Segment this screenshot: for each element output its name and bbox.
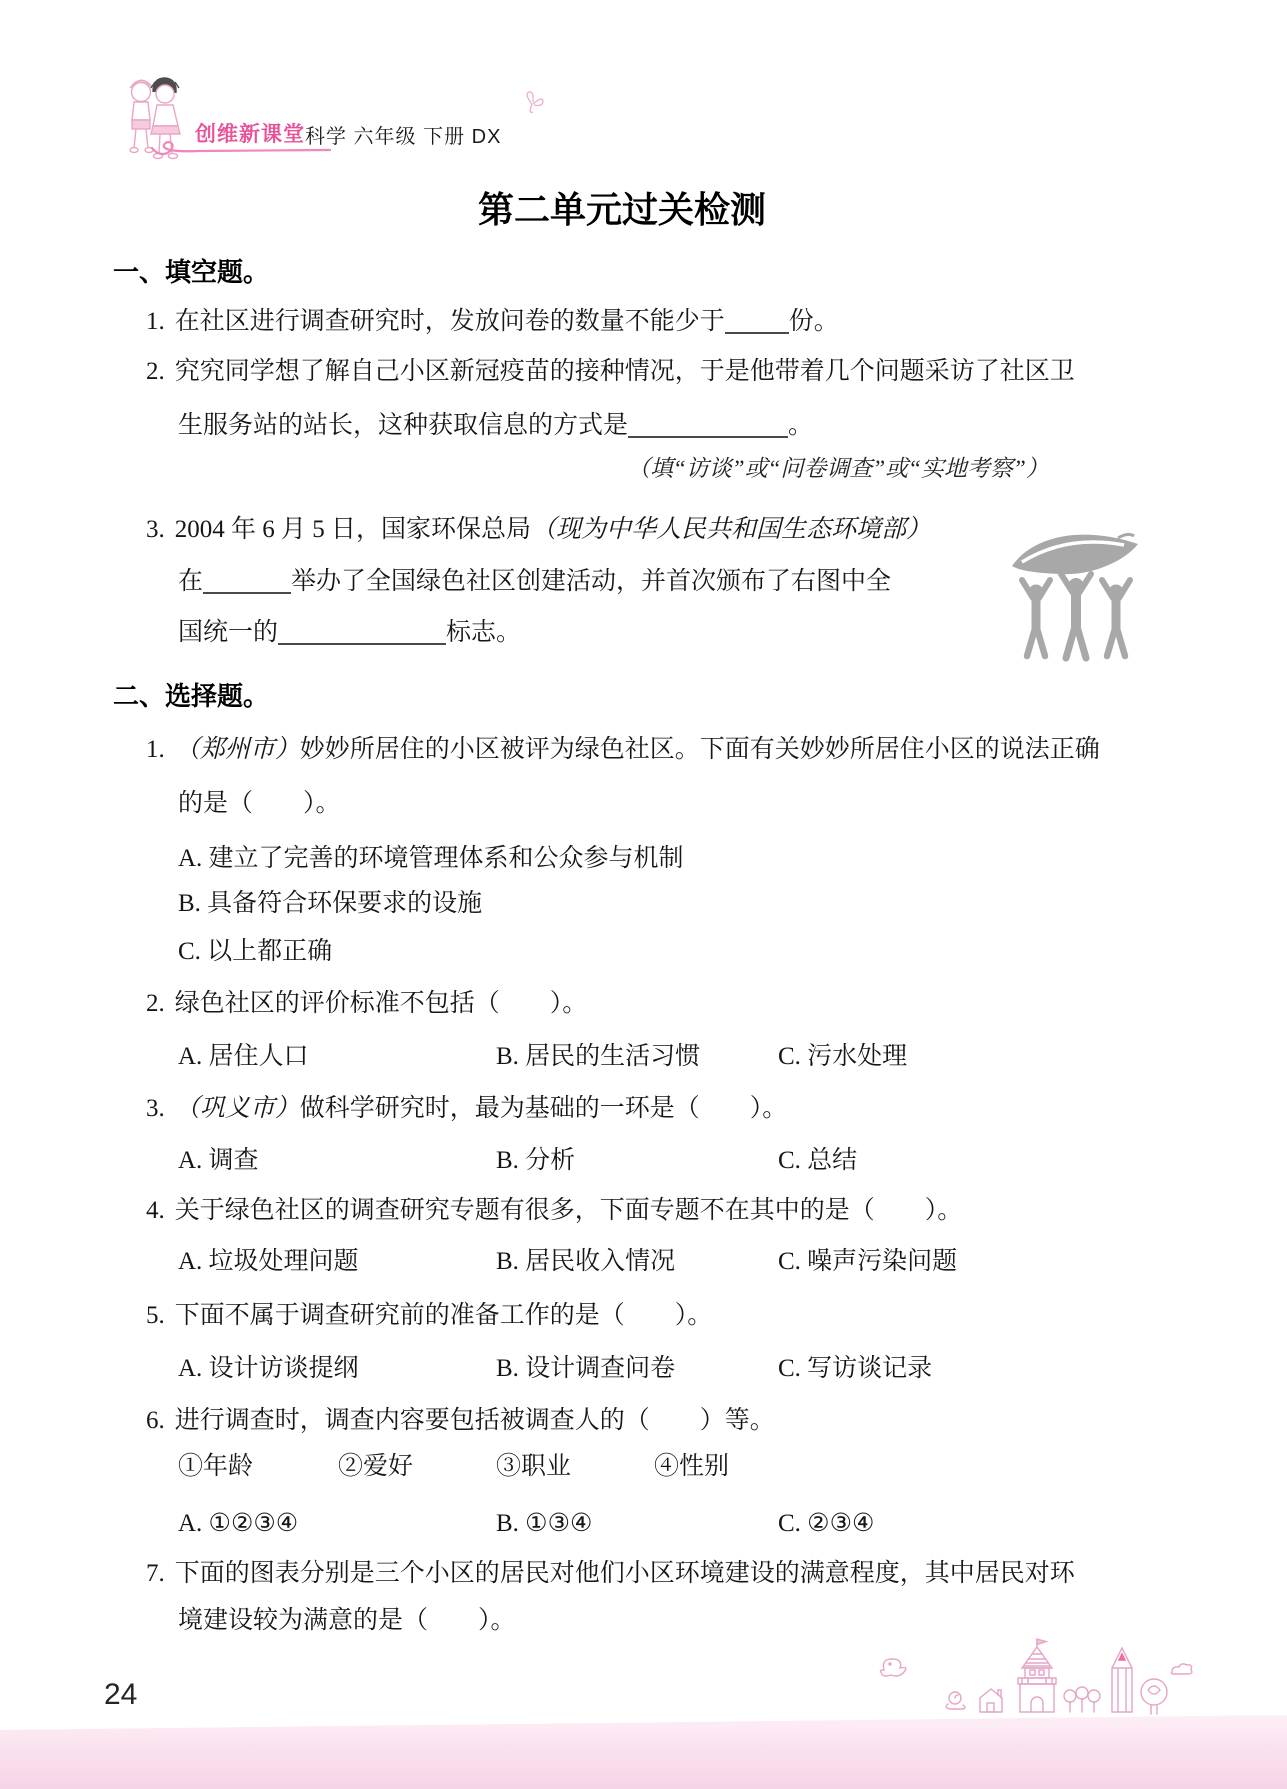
fillin-q3-line3: 国统一的标志。 (178, 617, 521, 648)
section2-heading: 二、选择题。 (113, 680, 269, 713)
question-number: 1. (146, 306, 165, 337)
option-c: C. ②③④ (778, 1508, 874, 1539)
option-b: B. 居民的生活习惯 (496, 1041, 700, 1072)
item-2: ②爱好 (338, 1451, 413, 1482)
question-text: 国统一的 (178, 619, 278, 646)
logo-leaf (1012, 534, 1138, 574)
question-text: 生服务站的站长，这种获取信息的方式是 (178, 412, 628, 439)
question-number: 6. (146, 1405, 165, 1436)
question-text: 在 (178, 568, 203, 595)
choice-q2: 2.绿色社区的评价标准不包括（ ）。 (146, 988, 587, 1019)
question-text: 绿色社区的评价标准不包括（ ）。 (175, 990, 588, 1017)
footer-pink-band (0, 1711, 1287, 1789)
section1-heading: 一、填空题。 (113, 256, 269, 289)
question-text: 做科学研究时，最为基础的一环是（ ）。 (300, 1095, 788, 1122)
choice-q6-items: ①年龄 ②爱好 ③职业 ④性别 (178, 1451, 1188, 1483)
question-annotation: （现为中华人民共和国生态环境部） (531, 516, 931, 543)
butterfly-doodle (520, 90, 546, 116)
choice-q5-options: A. 设计访谈提纲 B. 设计调查问卷 C. 写访谈记录 (178, 1353, 1188, 1385)
item-3: ③职业 (496, 1451, 571, 1482)
option-a: A. 调查 (178, 1145, 259, 1176)
header-swoosh-underline (148, 134, 348, 158)
answer-blank (725, 310, 789, 334)
question-text: 下面不属于调查研究前的准备工作的是（ ）。 (175, 1302, 713, 1329)
question-text: 举办了全国绿色社区创建活动，并首次颁布了右图中全 (291, 568, 891, 595)
option-a: A. ①②③④ (178, 1508, 298, 1539)
choice-q1-option-a: A. 建立了完善的环境管理体系和公众参与机制 (178, 843, 684, 874)
question-text: 2004 年 6 月 5 日，国家环保总局 (175, 516, 531, 543)
snail-doodle (946, 1692, 965, 1709)
question-number: 3. (146, 1093, 165, 1124)
option-a: A. 居住人口 (178, 1041, 309, 1072)
question-source-tag: （郑州市） (175, 736, 300, 763)
fillin-q2-hint: （填“访谈”或“问卷调查”或“实地考察”） (627, 455, 1049, 484)
choice-q3-options: A. 调查 B. 分析 C. 总结 (178, 1145, 1188, 1177)
option-b: B. 居民收入情况 (496, 1246, 675, 1277)
item-4: ④性别 (654, 1451, 729, 1482)
option-c: C. 写访谈记录 (778, 1353, 932, 1384)
question-number: 2. (146, 356, 165, 387)
option-b: B. 分析 (496, 1145, 575, 1176)
choice-q4: 4.关于绿色社区的调查研究专题有很多，下面专题不在其中的是（ ）。 (146, 1195, 962, 1226)
choice-q1-option-b: B. 具备符合环保要求的设施 (178, 888, 482, 919)
choice-q1-line1: 1.（郑州市）妙妙所居住的小区被评为绿色社区。下面有关妙妙所居住小区的说法正确 (146, 734, 1100, 765)
choice-q3: 3.（巩义市）做科学研究时，最为基础的一环是（ ）。 (146, 1093, 787, 1124)
question-text: 。 (788, 412, 813, 439)
bird-doodle (880, 1659, 905, 1676)
question-text: 关于绿色社区的调查研究专题有很多，下面专题不在其中的是（ ）。 (175, 1197, 963, 1224)
choice-q2-options: A. 居住人口 B. 居民的生活习惯 C. 污水处理 (178, 1041, 1188, 1073)
question-number: 4. (146, 1195, 165, 1226)
castle-doodle (1018, 1639, 1056, 1712)
question-text: 妙妙所居住的小区被评为绿色社区。下面有关妙妙所居住小区的说法正确 (300, 736, 1100, 763)
answer-blank (203, 570, 291, 594)
option-c: C. 噪声污染问题 (778, 1246, 957, 1277)
answer-blank (278, 621, 446, 645)
logo-figures (1022, 574, 1130, 658)
question-text: 在社区进行调查研究时，发放问卷的数量不能少于 (175, 308, 725, 335)
choice-q1-line2: 的是（ ）。 (178, 788, 341, 819)
page-number: 24 (104, 1678, 137, 1712)
option-c: C. 污水处理 (778, 1041, 907, 1072)
question-number: 1. (146, 734, 165, 765)
workbook-page: 创维新课堂 科学 六年级 下册 DX 第二单元过关检测 一、填空题。 1.在社区… (0, 0, 1287, 1789)
question-number: 5. (146, 1300, 165, 1331)
pencil-doodle (1112, 1648, 1132, 1712)
question-number: 3. (146, 514, 165, 545)
choice-q6: 6.进行调查时，调查内容要包括被调查人的（ ）等。 (146, 1405, 775, 1436)
choice-q5: 5.下面不属于调查研究前的准备工作的是（ ）。 (146, 1300, 712, 1331)
option-b: B. 设计调查问卷 (496, 1353, 675, 1384)
question-source-tag: （巩义市） (175, 1095, 300, 1122)
question-number: 2. (146, 988, 165, 1019)
fillin-q1: 1.在社区进行调查研究时，发放问卷的数量不能少于份。 (146, 306, 839, 337)
footer-doodles (860, 1634, 1200, 1720)
question-text: 标志。 (446, 619, 521, 646)
choice-q7-line2: 境建设较为满意的是（ ）。 (178, 1605, 516, 1636)
trees-doodle (1064, 1687, 1100, 1712)
option-a: A. 设计访谈提纲 (178, 1353, 359, 1384)
fillin-q2-line1: 2.究究同学想了解自己小区新冠疫苗的接种情况，于是他带着几个问题采访了社区卫 (146, 356, 1075, 387)
item-1: ①年龄 (178, 1451, 253, 1482)
green-community-logo (1006, 524, 1146, 674)
option-a: A. 垃圾处理问题 (178, 1246, 359, 1277)
question-text: 究究同学想了解自己小区新冠疫苗的接种情况，于是他带着几个问题采访了社区卫 (175, 358, 1075, 385)
question-number: 7. (146, 1558, 165, 1589)
choice-q7-line1: 7.下面的图表分别是三个小区的居民对他们小区环境建设的满意程度，其中居民对环 (146, 1558, 1075, 1589)
page-title: 第二单元过关检测 (0, 182, 1244, 233)
question-text: 份。 (789, 308, 839, 335)
option-c: C. 总结 (778, 1145, 857, 1176)
choice-q1-option-c: C. 以上都正确 (178, 936, 332, 967)
option-b: B. ①③④ (496, 1508, 592, 1539)
fillin-q3-line1: 3.2004 年 6 月 5 日，国家环保总局（现为中华人民共和国生态环境部） (146, 514, 931, 545)
question-text: 进行调查时，调查内容要包括被调查人的（ ）等。 (175, 1407, 775, 1434)
fillin-q2-line2: 生服务站的站长，这种获取信息的方式是。 (178, 410, 813, 441)
answer-blank (628, 414, 788, 438)
choice-q6-options: A. ①②③④ B. ①③④ C. ②③④ (178, 1508, 1188, 1540)
fillin-q3-line2: 在举办了全国绿色社区创建活动，并首次颁布了右图中全 (178, 566, 891, 597)
question-text: 下面的图表分别是三个小区的居民对他们小区环境建设的满意程度，其中居民对环 (175, 1560, 1075, 1587)
cloud-doodle (1171, 1664, 1191, 1674)
round-tree-doodle (1141, 1679, 1167, 1714)
house-doodle (980, 1689, 1002, 1712)
choice-q4-options: A. 垃圾处理问题 B. 居民收入情况 C. 噪声污染问题 (178, 1246, 1188, 1278)
